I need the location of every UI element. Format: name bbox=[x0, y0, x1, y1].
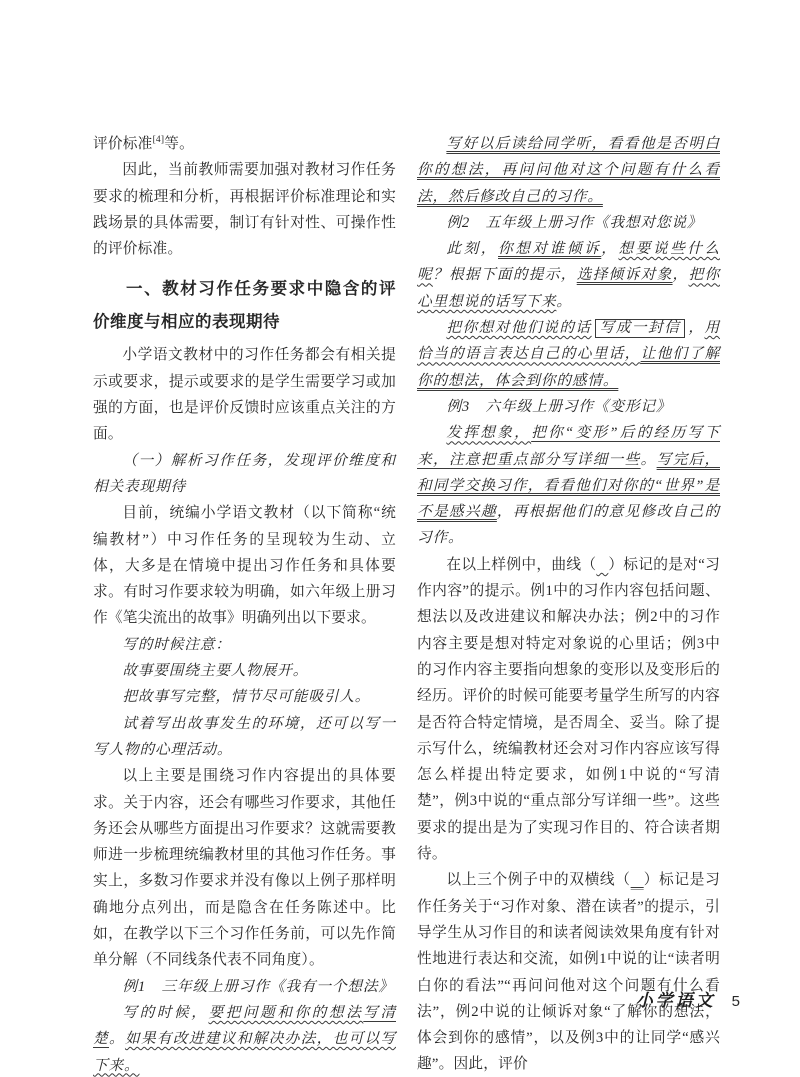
text-segment: 试着写出故事发生的环境，还可以写一写人物的心理活动。 bbox=[93, 716, 396, 758]
text-segment: ）标记的是对“习作内容”的提示。例1中的习作内容包括问题、想法以及改进建议和解决… bbox=[417, 557, 720, 862]
para-current-textbook: 目前，统编小学语文教材（以下简称“统编教材”）中习作任务的呈现较为生动、立体，大… bbox=[93, 500, 396, 631]
para-therefore: 因此，当前教师需要加强对教材习作任务要求的梳理和分析，再根据评价标准理论和实践场… bbox=[93, 157, 396, 262]
two-column-layout: 评价标准[4]等。因此，当前教师需要加强对教材习作任务要求的梳理和分析，再根据评… bbox=[93, 131, 723, 1077]
text-segment: 目前，统编小学语文教材（以下简称“统编教材”）中习作任务的呈现较为生动、立体，大… bbox=[93, 505, 396, 626]
quote-line-2: 故事要围绕主要人物展开。 bbox=[93, 658, 396, 684]
text-segment: 因此，当前教师需要加强对教材习作任务要求的梳理和分析，再根据评价标准理论和实践场… bbox=[93, 162, 396, 257]
text-segment: ， bbox=[601, 241, 618, 257]
text-segment: 写的时候， bbox=[122, 1005, 208, 1021]
footnote-reference: [4] bbox=[153, 135, 165, 145]
text-segment: 。 bbox=[641, 452, 657, 468]
curve-line-symbol bbox=[596, 557, 608, 573]
double-line-symbol bbox=[631, 872, 644, 888]
right-column: 写好以后读给同学听，看看他是否明白你的想法，再问问他对这个问题有什么看法，然后修… bbox=[417, 131, 720, 1077]
example-1-text: 写的时候，要把问题和你的想法写清楚。如果有改进建议和解决办法，也可以写下来。 bbox=[93, 1000, 396, 1077]
left-column: 评价标准[4]等。因此，当前教师需要加强对教材习作任务要求的梳理和分析，再根据评… bbox=[93, 131, 396, 1077]
text-segment: 。 bbox=[556, 294, 572, 310]
text-segment: 以上主要是围绕习作内容提出的具体要求。关于内容，还会有哪些习作要求，其他任务还会… bbox=[93, 768, 396, 968]
heading-section-1: 一、教材习作任务要求中隐含的评价维度与相应的表现期待 bbox=[93, 272, 396, 338]
example-3-text: 发挥想象，把你“变形”后的经历写下来，注意把重点部分写详细一些。写完后，和同学交… bbox=[417, 420, 720, 551]
text-segment: 写的时候注意： bbox=[122, 637, 230, 653]
page-number: 5 bbox=[732, 993, 740, 1010]
reader-mark: 你想对谁倾诉 bbox=[498, 241, 601, 257]
text-segment: 把故事写完整，情节尽可能吸引人。 bbox=[122, 689, 370, 705]
text-segment: （一）解析习作任务，发现评价维度和相关表现期待 bbox=[93, 453, 396, 495]
content-mark: 发挥想象， bbox=[446, 425, 531, 441]
text-segment: 。 bbox=[109, 1031, 125, 1047]
text-segment: ， bbox=[673, 267, 689, 283]
reader-mark: 写好以后读给同学听，看看他是否明白你的想法，再问问他对这个问题有什么看法，然后修… bbox=[417, 136, 720, 205]
quote-line-4: 试着写出故事发生的环境，还可以写一写人物的心理活动。 bbox=[93, 711, 396, 764]
example-3-title: 例3 六年级上册习作《变形记》 bbox=[417, 394, 720, 420]
text-segment: ， bbox=[688, 320, 704, 336]
content-mark: 如果有改进建议和解决办法，也可以写下来。 bbox=[93, 1031, 396, 1073]
text-segment: 等。 bbox=[164, 136, 194, 152]
text-segment: 小学语文教材中的习作任务都会有相关提示或要求，提示或要求的是学生需要学习或加强的… bbox=[93, 347, 396, 442]
journal-name: 小学语文 bbox=[636, 986, 716, 1011]
subheading-1-1: （一）解析习作任务，发现评价维度和相关表现期待 bbox=[93, 448, 396, 501]
example-1-title: 例1 三年级上册习作《我有一个想法》 bbox=[93, 974, 396, 1000]
text-segment: 例3 六年级上册习作《变形记》 bbox=[446, 399, 671, 415]
text-segment: 一、教材习作任务要求中隐含的评价维度与相应的表现期待 bbox=[93, 279, 396, 331]
example-2-title: 例2 五年级上册习作《我想对您说》 bbox=[417, 210, 720, 236]
text-segment: ？根据下面的提示， bbox=[433, 267, 577, 283]
page-footer: 小学语文 5 bbox=[636, 986, 740, 1011]
reader-mark: 选择倾诉对象 bbox=[577, 267, 673, 283]
content-mark: 要把问题和你的想法 bbox=[208, 1005, 363, 1021]
para-curve-analysis: 在以上样例中，曲线（ ）标记的是对“习作内容”的提示。例1中的习作内容包括问题、… bbox=[417, 552, 720, 868]
text-segment: 此刻， bbox=[446, 241, 498, 257]
example-2-text-1: 此刻，你想对谁倾诉，想要说些什么呢？根据下面的提示，选择倾诉对象，把你心里想说的… bbox=[417, 236, 720, 315]
para-textbook-tasks: 小学语文教材中的习作任务都会有相关提示或要求，提示或要求的是学生需要学习或加强的… bbox=[93, 342, 396, 447]
text-segment: ）标记是习作任务关于“习作对象、潜在读者”的提示，引导学生从习作目的和读者阅读效… bbox=[417, 872, 720, 1072]
form-mark-box: 写成一封信 bbox=[595, 319, 686, 338]
text-segment: 例2 五年级上册习作《我想对您说》 bbox=[446, 215, 702, 231]
para-above-requirements: 以上主要是围绕习作内容提出的具体要求。关于内容，还会有哪些习作要求，其他任务还会… bbox=[93, 763, 396, 973]
example-1-text-continued: 写好以后读给同学听，看看他是否明白你的想法，再问问他对这个问题有什么看法，然后修… bbox=[417, 131, 720, 210]
text-segment: 在以上样例中，曲线（ bbox=[446, 557, 596, 573]
quote-line-1: 写的时候注意： bbox=[93, 632, 396, 658]
para-eval-standard: 评价标准[4]等。 bbox=[93, 131, 396, 157]
text-segment: 故事要围绕主要人物展开。 bbox=[122, 663, 308, 679]
article-page: 评价标准[4]等。因此，当前教师需要加强对教材习作任务要求的梳理和分析，再根据评… bbox=[0, 0, 800, 1077]
text-segment: 评价标准 bbox=[93, 136, 153, 152]
text-segment: 例1 三年级上册习作《我有一个想法》 bbox=[122, 979, 393, 995]
para-double-line-analysis: 以上三个例子中的双横线（ ）标记是习作任务关于“习作对象、潜在读者”的提示，引导… bbox=[417, 867, 720, 1077]
content-mark: 把你想对他们说的话 bbox=[446, 320, 591, 336]
text-segment: 以上三个例子中的双横线（ bbox=[446, 872, 630, 888]
example-2-text-2: 把你想对他们说的话写成一封信，用恰当的语言表达自己的心里话，让他们了解你的想法，… bbox=[417, 315, 720, 394]
quote-line-3: 把故事写完整，情节尽可能吸引人。 bbox=[93, 684, 396, 710]
